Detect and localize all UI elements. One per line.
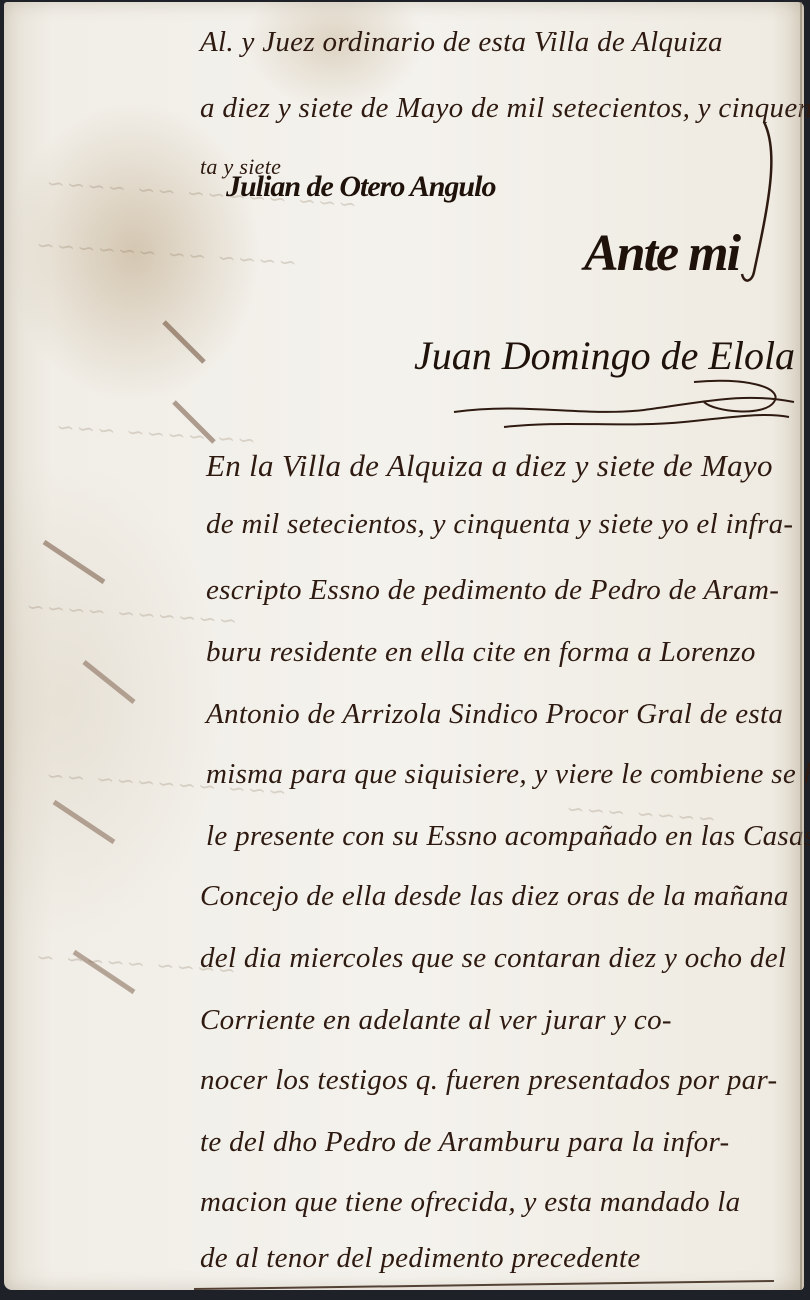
body-line-10: Corriente en adelante al ver jurar y co-: [200, 1004, 672, 1037]
body-line-4: buru residente en ella cite en forma a L…: [206, 636, 756, 669]
margin-strokes-icon: [24, 282, 224, 1182]
page-fold-edge: [800, 2, 802, 1290]
closing-rule-line: [194, 1280, 774, 1290]
header-line-1: Al. y Juez ordinario de esta Villa de Al…: [200, 26, 723, 59]
bleed-through-text: ~~~~ ~~ ~~~~~~: [33, 233, 297, 276]
body-line-13: macion que tiene ofrecida, y esta mandad…: [200, 1186, 740, 1219]
body-line-2: de mil setecientos, y cinquenta y siete …: [206, 508, 793, 541]
header-line-2: a diez y siete de Mayo de mil seteciento…: [200, 92, 810, 125]
manuscript-page: ~~~ ~~~~~ ~~ ~~~~ ~~~~ ~~ ~~~~~~ ~~ ~~~~…: [4, 2, 804, 1290]
body-line-11: nocer los testigos q. fueren presentados…: [200, 1064, 777, 1097]
body-line-9: del dia miercoles que se contaran diez y…: [200, 942, 786, 975]
body-line-5: Antonio de Arrizola Sindico Procor Gral …: [206, 698, 783, 731]
body-line-12: te del dho Pedro de Aramburu para la inf…: [200, 1126, 729, 1159]
body-line-3: escripto Essno de pedimento de Pedro de …: [206, 574, 779, 607]
ante-mi-signature: Ante mi: [584, 224, 739, 283]
body-line-1: En la Villa de Alquiza a diez y siete de…: [206, 448, 773, 484]
body-line-14: de al tenor del pedimento precedente: [200, 1242, 641, 1275]
signature-julian: Julian de Otero Angulo: [226, 170, 495, 204]
body-line-6: misma para que siquisiere, y viere le co…: [206, 758, 810, 791]
body-line-8: Concejo de ella desde las diez oras de l…: [200, 880, 789, 913]
signature-rubric-icon: [444, 372, 804, 442]
body-line-7: le presente con su Essno acompañado en l…: [206, 820, 810, 853]
